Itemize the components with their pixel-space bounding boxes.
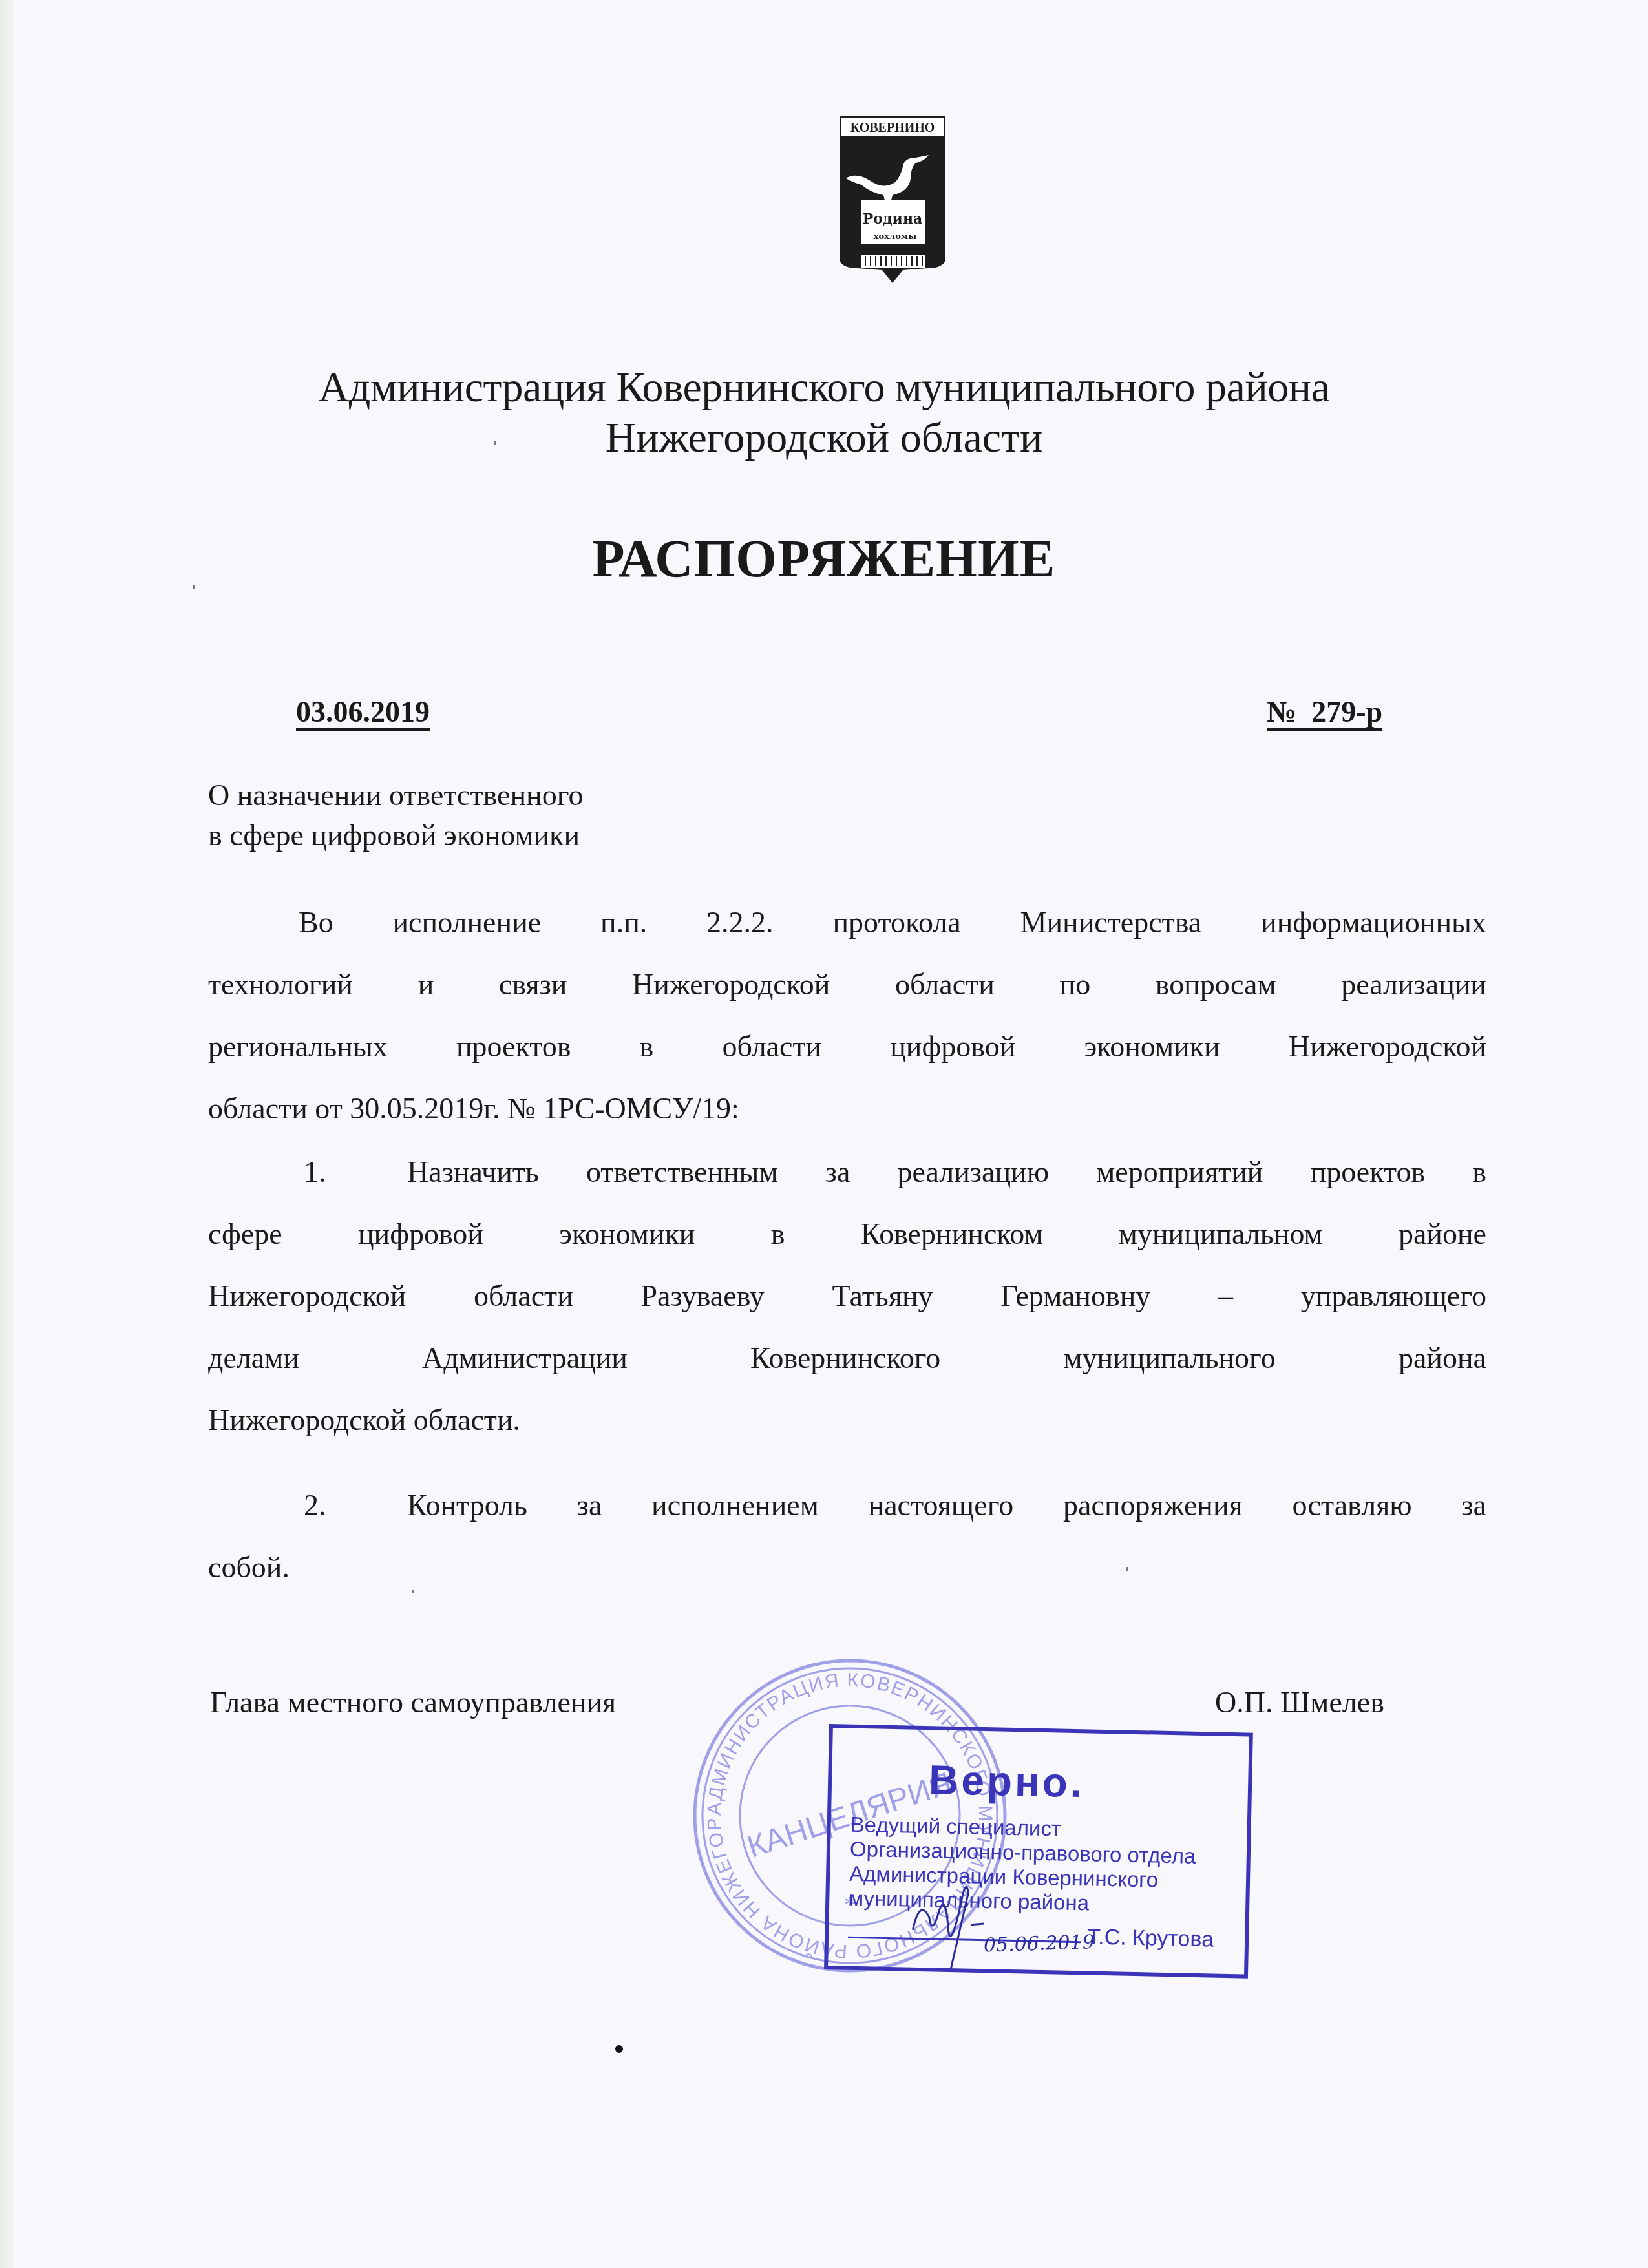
order-item-2: 2.Контроль за исполнением настоящего рас… — [208, 1475, 1486, 1599]
order-item-1: 1.Назначить ответственным за реализацию … — [208, 1141, 1486, 1451]
signatory-name: О.П. Шмелев — [1215, 1685, 1384, 1719]
scan-speck — [615, 2045, 623, 2053]
document-number: № 279-р — [1267, 695, 1382, 729]
svg-text:Родина: Родина — [863, 211, 923, 227]
svg-text:КОВЕРНИНО: КОВЕРНИНО — [850, 121, 935, 135]
item-number: 2. — [208, 1475, 407, 1537]
signatory-role: Глава местного самоуправления — [210, 1685, 616, 1719]
issuer-name-line2: Нижегородской области — [0, 414, 1648, 463]
coat-of-arms-emblem: КОВЕРНИНО Родина хохломы — [838, 115, 947, 284]
item-line: сфере цифровой экономики в Ковернинском … — [208, 1203, 1486, 1265]
scan-speck — [1126, 1567, 1128, 1571]
stamp-signer-name: Т.С. Крутова — [1087, 1924, 1214, 1952]
preamble-line: области от 30.05.2019г. № 1РС-ОМСУ/19: — [208, 1078, 1486, 1140]
svg-text:хохломы: хохломы — [874, 232, 916, 242]
stamp-heading: Верно. — [928, 1756, 1084, 1807]
scan-speck — [412, 1590, 414, 1593]
document-subject: О назначении ответственного в сфере цифр… — [208, 775, 583, 856]
item-line: Нижегородской области Разуваеву Татьяну … — [208, 1265, 1486, 1327]
item-line: Контроль за исполнением настоящего распо… — [407, 1489, 1486, 1522]
document-date: 03.06.2019 — [296, 695, 430, 729]
subject-line: в сфере цифровой экономики — [208, 815, 583, 856]
document-type-title: РАСПОРЯЖЕНИЕ — [0, 529, 1648, 589]
preamble-line: технологий и связи Нижегородской области… — [208, 954, 1486, 1016]
scan-speck — [193, 585, 195, 589]
scan-speck — [494, 441, 496, 445]
handwritten-date: 05.06.2019 — [983, 1931, 1095, 1957]
preamble-paragraph: Во исполнение п.п. 2.2.2. протокола Мини… — [208, 892, 1486, 1140]
item-number: 1. — [208, 1141, 407, 1203]
preamble-line: региональных проектов в области цифровой… — [208, 1016, 1486, 1078]
issuer-name-line1: Администрация Ковернинского муниципально… — [0, 363, 1648, 412]
item-line: Нижегородской области. — [208, 1389, 1486, 1451]
certification-stamp: Верно. Ведущий специалист Организационно… — [824, 1724, 1253, 1979]
item-line: делами Администрации Ковернинского муниц… — [208, 1327, 1486, 1389]
item-line: Назначить ответственным за реализацию ме… — [407, 1155, 1486, 1188]
preamble-line: Во исполнение п.п. 2.2.2. протокола Мини… — [208, 892, 1486, 954]
scan-page-edge — [0, 0, 14, 2268]
item-line: собой. — [208, 1537, 1486, 1599]
subject-line: О назначении ответственного — [208, 775, 583, 815]
